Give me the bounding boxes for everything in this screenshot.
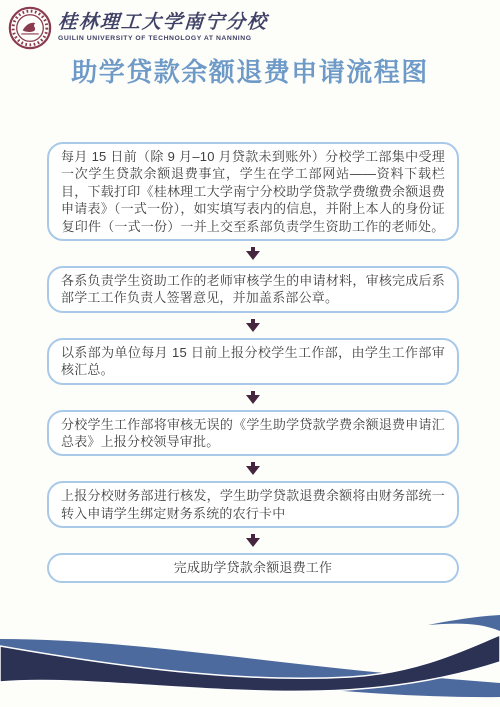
university-seal-icon [8,6,52,50]
flow-step-2: 各系负责学生资助工作的老师审核学生的申请材料，审核完成后系部学工工作负责人签署意… [47,266,459,313]
flow-step-4: 分校学生工作部将审核无误的《学生助学贷款学费余额退费申请汇总表》上报分校领导审批… [47,410,459,457]
flow-step-1: 每月 15 日前（除 9 月–10 月贷款未到账外）分校学工部集中受理一次学生贷… [47,142,459,241]
flow-step-3: 以系部为单位每月 15 日前上报分校学生工作部，由学生工作部审核汇总。 [47,338,459,385]
flow-step-6: 完成助学贷款余额退费工作 [47,553,459,582]
down-arrow-icon [246,534,260,547]
flowchart-page: 桂林理工大学南宁分校 GUILIN UNIVERSITY OF TECHNOLO… [0,0,500,707]
page-title: 助学贷款余额退费申请流程图 [0,52,500,89]
down-arrow-icon [246,391,260,404]
university-name-block: 桂林理工大学南宁分校 GUILIN UNIVERSITY OF TECHNOLO… [58,13,268,42]
flow-step-5: 上报分校财务部进行核发，学生助学贷款退费余额将由财务部统一转入申请学生绑定财务系… [47,481,459,528]
university-name-cn: 桂林理工大学南宁分校 [57,13,268,33]
bottom-wave-decoration [0,615,500,707]
down-arrow-icon [246,462,260,475]
university-header: 桂林理工大学南宁分校 GUILIN UNIVERSITY OF TECHNOLO… [8,6,268,50]
down-arrow-icon [246,247,260,260]
down-arrow-icon [246,319,260,332]
university-name-en: GUILIN UNIVERSITY OF TECHNOLOGY AT NANNI… [58,35,268,42]
flowchart: 每月 15 日前（除 9 月–10 月贷款未到账外）分校学工部集中受理一次学生贷… [47,142,459,583]
